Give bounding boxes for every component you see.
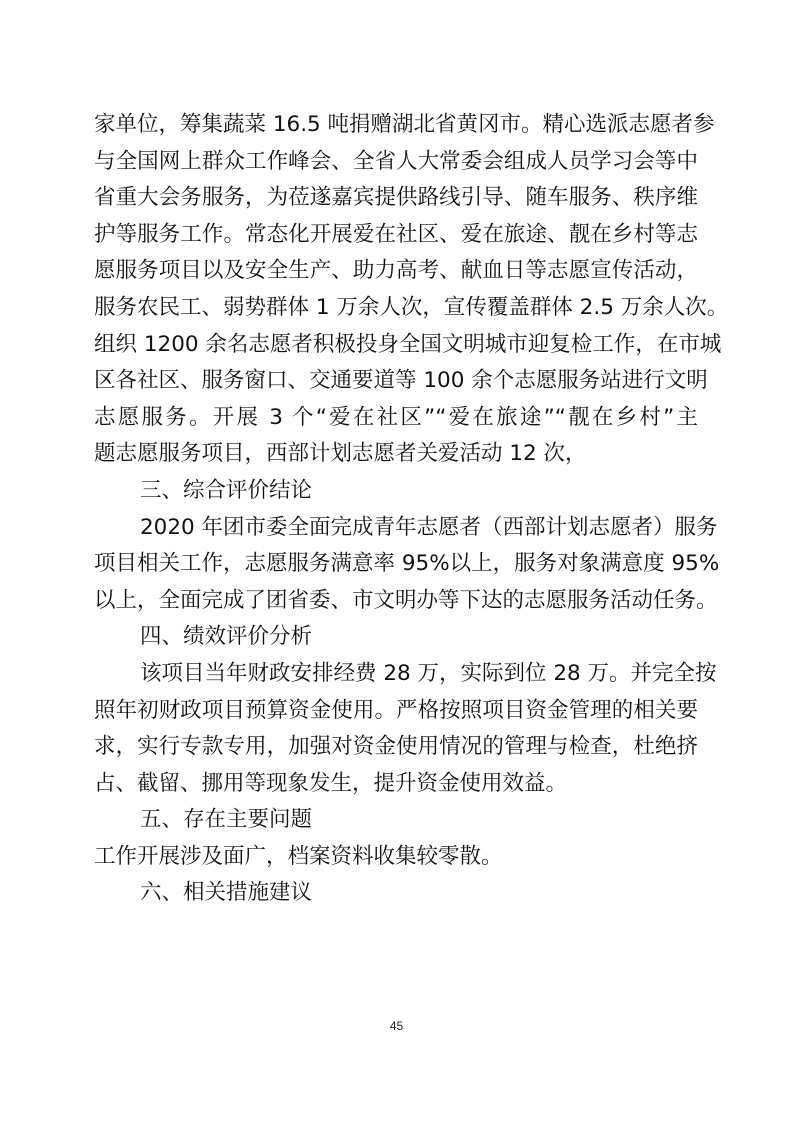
text-line: 工作开展涉及面广，档案资料收集较零散。	[94, 839, 698, 876]
text-line: 占、截留、挪用等现象发生，提升资金使用效益。	[94, 766, 698, 803]
text-line: 愿服务项目以及安全生产、助力高考、献血日等志愿宣传活动，	[94, 253, 698, 290]
text-line: 组织 1200 余名志愿者积极投身全国文明城市迎复检工作，在市城	[94, 327, 698, 364]
text-line: 题志愿服务项目，西部计划志愿者关爱活动 12 次，	[94, 436, 698, 473]
paragraph-performance: 该项目当年财政安排经费 28 万，实际到位 28 万。并完全按 照年初财政项目预…	[94, 656, 698, 802]
section-heading-problems: 五、存在主要问题	[94, 802, 698, 839]
text-line: 区各社区、服务窗口、交通要道等 100 余个志愿服务站进行文明	[94, 363, 698, 400]
text-line: 省重大会务服务，为莅遂嘉宾提供路线引导、随车服务、秩序维	[94, 180, 698, 217]
section-heading-suggestions: 六、相关措施建议	[94, 875, 698, 912]
text-line: 服务农民工、弱势群体 1 万余人次，宣传覆盖群体 2.5 万余人次。	[94, 290, 698, 327]
section-heading-conclusion: 三、综合评价结论	[94, 473, 698, 510]
paragraph-volunteer-activities: 家单位，筹集蔬菜 16.5 吨捐赠湖北省黄冈市。精心选派志愿者参 与全国网上群众…	[94, 107, 698, 473]
text-line: 项目相关工作，志愿服务满意率 95%以上，服务对象满意度 95%	[94, 546, 698, 583]
text-line: 该项目当年财政安排经费 28 万，实际到位 28 万。并完全按	[94, 656, 698, 693]
text-line: 2020 年团市委全面完成青年志愿者（西部计划志愿者）服务	[94, 510, 698, 547]
paragraph-problems: 工作开展涉及面广，档案资料收集较零散。	[94, 839, 698, 876]
text-line: 志愿服务。开展 3 个“爱在社区”“爱在旅途”“靓在乡村”主	[94, 400, 698, 437]
text-line: 求，实行专款专用，加强对资金使用情况的管理与检查，杜绝挤	[94, 729, 698, 766]
text-line: 护等服务工作。常态化开展爱在社区、爱在旅途、靓在乡村等志	[94, 217, 698, 254]
text-line: 以上，全面完成了团省委、市文明办等下达的志愿服务活动任务。	[94, 583, 698, 620]
text-line: 家单位，筹集蔬菜 16.5 吨捐赠湖北省黄冈市。精心选派志愿者参	[94, 107, 698, 144]
paragraph-conclusion: 2020 年团市委全面完成青年志愿者（西部计划志愿者）服务 项目相关工作，志愿服…	[94, 510, 698, 620]
text-line: 与全国网上群众工作峰会、全省人大常委会组成人员学习会等中	[94, 144, 698, 181]
section-heading-performance: 四、绩效评价分析	[94, 619, 698, 656]
text-line: 照年初财政项目预算资金使用。严格按照项目资金管理的相关要	[94, 693, 698, 730]
page-number: 45	[0, 1019, 793, 1033]
document-page: 家单位，筹集蔬菜 16.5 吨捐赠湖北省黄冈市。精心选派志愿者参 与全国网上群众…	[94, 107, 698, 912]
